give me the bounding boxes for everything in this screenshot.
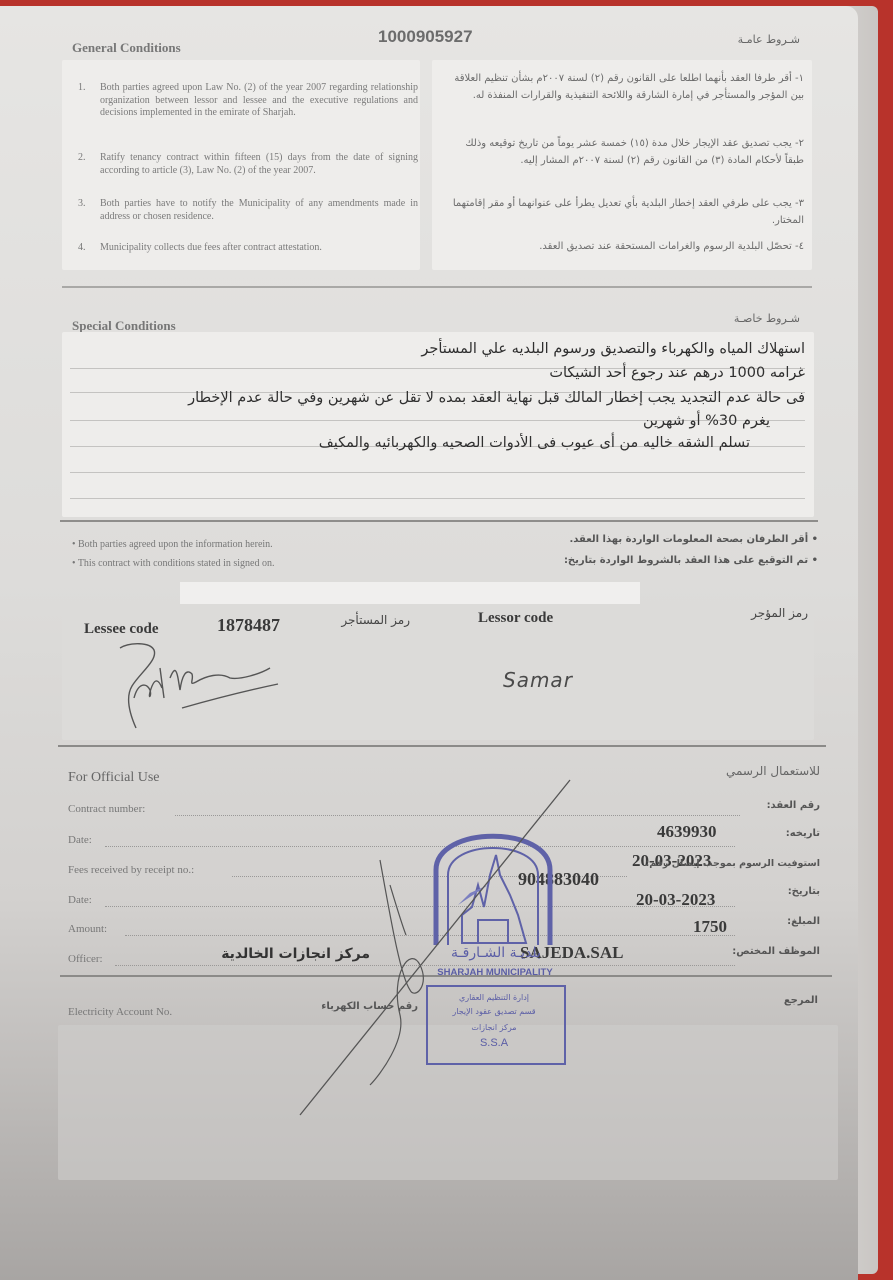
lessee-code-label: Lessee code: [84, 621, 159, 638]
ruled-line: [70, 472, 805, 473]
receipt-date-label-ar: بتاريخ:: [700, 883, 820, 900]
general-condition-ar-4: ٤- تحصّل البلدية الرسوم والغرامات المستح…: [452, 238, 804, 255]
lessee-code-value: 1878487: [217, 615, 280, 636]
special-condition-5: تسلم الشقه خاليه من أى عيوب فى الأدوات ا…: [200, 435, 750, 451]
agreement-line-ar-2: • تم التوقيع على هذا العقد بالشروط الوار…: [500, 552, 818, 569]
ruled-line: [70, 498, 805, 499]
lessee-signature: [110, 638, 290, 738]
special-condition-2: غرامه 1000 درهم عند رجوع أحد الشيكات: [300, 365, 805, 381]
lessor-signature: Samar: [503, 668, 573, 692]
fees-receipt-label: Fees received by receipt no.:: [68, 864, 194, 877]
lessor-code-label-ar: رمز المؤجر: [720, 605, 808, 622]
general-condition-ar-1: ١- أقر طرفا العقد بأنهما اطلعا على القان…: [452, 70, 804, 104]
signing-date-field: [180, 582, 640, 604]
general-condition-4: 4. Municipality collects due fees after …: [78, 242, 418, 255]
general-conditions-title-ar: شـروط عامـة: [680, 33, 800, 46]
section-divider: [58, 745, 826, 747]
lessee-code-label-ar: رمز المستأجر: [330, 612, 410, 629]
special-conditions-title-ar: شـروط خاصـة: [680, 312, 800, 325]
section-divider: [62, 286, 812, 288]
general-condition-ar-2: ٢- يجب تصديق عقد الإيجار خلال مدة (١٥) خ…: [452, 135, 804, 169]
contract-number-label: Contract number:: [68, 803, 145, 816]
special-condition-3: فى حالة عدم التجديد يجب إخطار المالك قبل…: [75, 390, 805, 406]
special-condition-4: يغرم 30% أو شهرين: [300, 413, 770, 429]
section-divider: [60, 520, 818, 522]
date-label-ar: تاريخه:: [700, 825, 820, 842]
electricity-account-label: Electricity Account No.: [68, 1006, 172, 1019]
date-label: Date:: [68, 834, 92, 847]
general-condition-3: 3. Both parties have to notify the Munic…: [78, 198, 418, 223]
contract-number-label-ar: رقم العقد:: [700, 797, 820, 814]
general-condition-1: 1. Both parties agreed upon Law No. (2) …: [78, 82, 418, 120]
officer-label-ar: الموظف المختص:: [700, 943, 820, 960]
general-conditions-title: General Conditions: [72, 40, 181, 56]
amount-label: Amount:: [68, 923, 107, 936]
officer-signature: [290, 775, 580, 1125]
official-use-title-ar: للاستعمال الرسمي: [680, 764, 820, 778]
amount-label-ar: المبلغ:: [700, 913, 820, 930]
lessor-code-label: Lessor code: [478, 610, 553, 627]
agreement-line-1: • Both parties agreed upon the informati…: [72, 538, 273, 551]
agreement-line-ar-1: • أقر الطرفان بصحة المعلومات الواردة بهذ…: [500, 531, 818, 548]
special-condition-1: استهلاك المياه والكهرباء والتصديق ورسوم …: [300, 341, 805, 357]
contract-serial-number: 1000905927: [378, 27, 473, 47]
agreement-line-2: • This contract with conditions stated i…: [72, 557, 274, 570]
receipt-date-label: Date:: [68, 894, 92, 907]
reference-label-ar: المرجع: [730, 992, 818, 1009]
general-condition-ar-3: ٣- يجب على طرفي العقد إخطار البلدية بأي …: [452, 195, 804, 229]
officer-label: Officer:: [68, 953, 103, 966]
general-condition-2: 2. Ratify tenancy contract within fiftee…: [78, 152, 418, 177]
official-use-title: For Official Use: [68, 770, 160, 786]
fees-receipt-label-ar: استوفيت الرسوم بموجب إيصال رقم:: [600, 855, 820, 872]
